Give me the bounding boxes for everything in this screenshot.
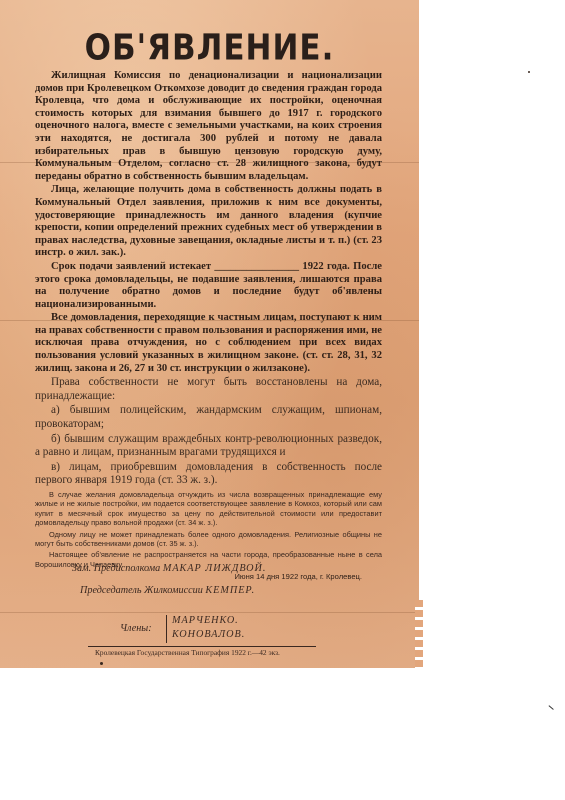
notice-body: Жилищная Комиссия по денационализации и … [35,70,382,584]
paper-crease [0,612,419,613]
members-label: Члены: [120,623,152,634]
scan-mark [548,705,553,710]
paragraph-denationalization: Жилищная Комиссия по денационализации и … [35,70,382,183]
signature-deputy: Зам. Предисполкома МАКАР ЛИЖДВОЙ. [72,563,266,574]
restriction-item: а) бывшим полицейским, жандармским служа… [35,404,382,431]
notice-title: ОБ'ЯВЛЕНИЕ. [0,27,419,68]
small-print: В случае желания домовладельца отчуждить… [35,490,382,569]
printer-line: Кролевецкая Государственная Типография 1… [95,648,280,657]
restriction-item: б) бывшим служащим враждебных контр-рево… [35,433,382,460]
small-print-paragraph: Одному лицу не может принадлежать более … [35,530,382,549]
signature-chair: Председатель Жилкомиссии КЕМПЕР. [80,585,255,596]
paragraph-ownership-rights: Все домовладения, переходящие к частным … [35,312,382,375]
scan-speck [528,71,530,73]
paper-speck [100,662,103,665]
deputy-title: Зам. Предисполкома [72,563,160,574]
chair-name: КЕМПЕР. [205,585,255,596]
notice-paper: ОБ'ЯВЛЕНИЕ. Жилищная Комиссия по денацио… [0,0,419,668]
member-name: МАРЧЕНКО. [172,615,239,626]
restriction-item: в) лицам, приобревшим домовладения в соб… [35,461,382,488]
member-name: КОНОВАЛОВ. [172,629,245,640]
paragraph-application: Лица, желающие получить дома в собственн… [35,184,382,260]
restrictions-intro: Права собственности не могут быть восста… [35,376,382,403]
small-print-paragraph: В случае желания домовладельца отчуждить… [35,490,382,528]
paragraph-deadline: Срок подачи заявлений истекает _________… [35,261,382,311]
deputy-name: МАКАР ЛИЖДВОЙ. [163,563,267,574]
chair-title: Председатель Жилкомиссии [80,585,203,596]
footer-rule [88,646,316,647]
members-bracket [166,615,167,643]
